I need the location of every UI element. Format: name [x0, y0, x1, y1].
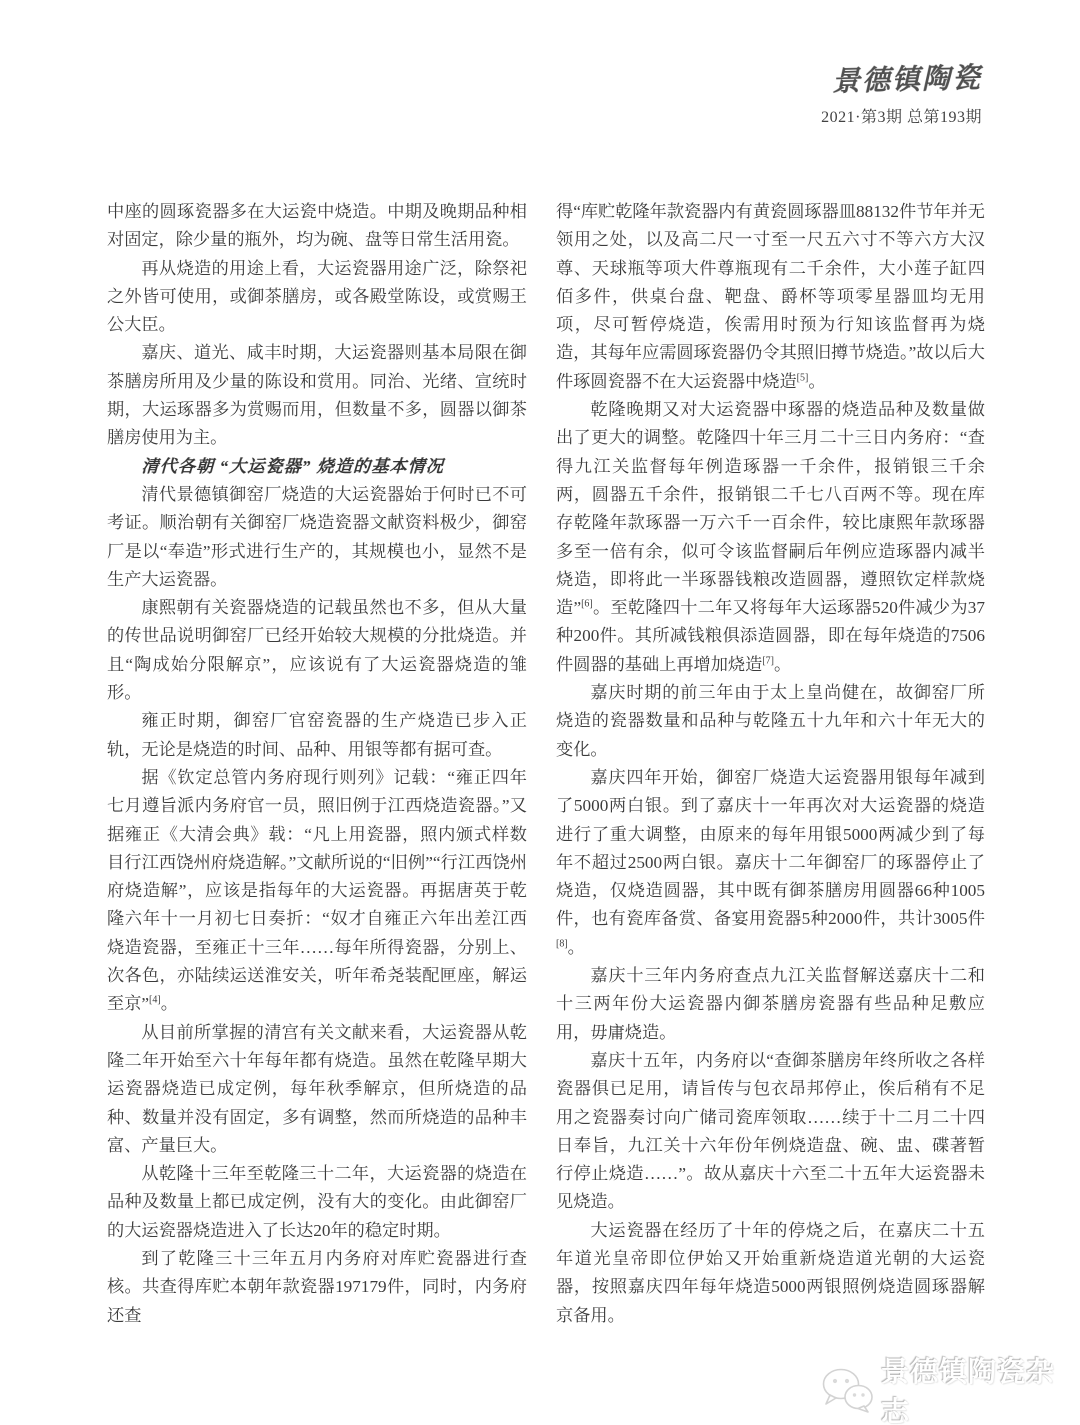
text-run: 据《钦定总管内务府现行则列》记载：“雍正四年七月遵旨派内务府官一员，照旧例于江西…: [107, 768, 527, 1013]
text-run: 。: [808, 372, 825, 391]
text-run: 嘉庆时期的前三年由于太上皇尚健在，故御窑厂所烧造的瓷器数量和品种与乾隆五十九年和…: [556, 683, 985, 759]
text-run: 。: [568, 938, 585, 957]
paragraph: 据《钦定总管内务府现行则列》记载：“雍正四年七月遵旨派内务府官一员，照旧例于江西…: [107, 764, 527, 1019]
journal-logo: 景德镇陶瓷: [821, 56, 983, 100]
issue-info: 2021·第3期 总第193期: [821, 104, 982, 127]
paragraph: 清代景德镇御窑厂烧造的大运瓷器始于何时已不可考证。顺治朝有关御窑厂烧造瓷器文献资…: [107, 481, 527, 594]
left-column: 中座的圆琢瓷器多在大运瓷中烧造。中期及晚期品种相对固定，除少量的瓶外，均为碗、盘…: [107, 198, 527, 1330]
paragraph: 乾隆晚期又对大运瓷器中琢器的烧造品种及数量做出了更大的调整。乾隆四十年三月二十三…: [556, 396, 985, 679]
text-run: 得“库贮乾隆年款瓷器内有黄瓷圆琢器皿88132件节年并无领用之处，以及高二尺一寸…: [556, 202, 985, 391]
text-run: 嘉庆十三年内务府查点九江关监督解送嘉庆十二和十三两年份大运瓷器内御茶膳房瓷器有些…: [556, 966, 985, 1042]
watermark: 景德镇陶瓷杂志: [820, 1350, 1080, 1425]
paragraph: 大运瓷器在经历了十年的停烧之后，在嘉庆二十五年道光皇帝即位伊始又开始重新烧造道光…: [556, 1217, 985, 1330]
text-run: 乾隆晚期又对大运瓷器中琢器的烧造品种及数量做出了更大的调整。乾隆四十年三月二十三…: [556, 400, 985, 617]
text-run: 康熙朝有关瓷器烧造的记载虽然也不多，但从大量的传世品说明御窑厂已经开始较大规模的…: [107, 598, 527, 702]
paragraph: 嘉庆时期的前三年由于太上皇尚健在，故御窑厂所烧造的瓷器数量和品种与乾隆五十九年和…: [556, 679, 985, 764]
footnote-ref: [4]: [149, 995, 161, 1006]
text-run: 。: [774, 655, 791, 674]
paragraph: 嘉庆十五年，内务府以“查御茶膳房年终所收之各样瓷器俱已足用，请旨传与包衣昂邦停止…: [556, 1047, 985, 1217]
paragraph: 雍正时期，御窑厂官窑瓷器的生产烧造已步入正轨，无论是烧造的时间、品种、用银等都有…: [107, 707, 527, 764]
paragraph: 从目前所掌握的清宫有关文献来看，大运瓷器从乾隆二年开始至六十年每年都有烧造。虽然…: [107, 1019, 527, 1160]
footnote-ref: [6]: [581, 598, 593, 609]
footnote-ref: [8]: [556, 938, 568, 949]
paragraph: 到了乾隆三十三年五月内务府对库贮瓷器进行查核。共查得库贮本朝年款瓷器197179…: [107, 1245, 527, 1330]
watermark-text: 景德镇陶瓷杂志: [881, 1350, 1080, 1425]
text-run: 雍正时期，御窑厂官窑瓷器的生产烧造已步入正轨，无论是烧造的时间、品种、用银等都有…: [107, 711, 527, 758]
paragraph: 从乾隆十三年至乾隆三十二年，大运瓷器的烧造在品种及数量上都已成定例，没有大的变化…: [107, 1160, 527, 1245]
paragraph: 嘉庆十三年内务府查点九江关监督解送嘉庆十二和十三两年份大运瓷器内御茶膳房瓷器有些…: [556, 962, 985, 1047]
text-run: 嘉庆、道光、咸丰时期，大运瓷器则基本局限在御茶膳房所用及少量的陈设和赏用。同治、…: [107, 343, 527, 447]
text-run: 到了乾隆三十三年五月内务府对库贮瓷器进行查核。共查得库贮本朝年款瓷器197179…: [107, 1249, 527, 1325]
text-run: 。: [161, 994, 178, 1013]
text-run: 大运瓷器在经历了十年的停烧之后，在嘉庆二十五年道光皇帝即位伊始又开始重新烧造道光…: [556, 1221, 985, 1325]
paragraph: 嘉庆四年开始，御窑厂烧造大运瓷器用银每年减到了5000两白银。到了嘉庆十一年再次…: [556, 764, 985, 962]
article-body: 中座的圆琢瓷器多在大运瓷中烧造。中期及晚期品种相对固定，除少量的瓶外，均为碗、盘…: [107, 198, 985, 1330]
text-run: 嘉庆十五年，内务府以“查御茶膳房年终所收之各样瓷器俱已足用，请旨传与包衣昂邦停止…: [556, 1051, 985, 1211]
text-run: 中座的圆琢瓷器多在大运瓷中烧造。中期及晚期品种相对固定，除少量的瓶外，均为碗、盘…: [107, 202, 527, 249]
section-heading: 清代各朝 “大运瓷器” 烧造的基本情况: [107, 453, 528, 481]
paragraph: 康熙朝有关瓷器烧造的记载虽然也不多，但从大量的传世品说明御窑厂已经开始较大规模的…: [107, 594, 527, 707]
text-run: 清代景德镇御窑厂烧造的大运瓷器始于何时已不可考证。顺治朝有关御窑厂烧造瓷器文献资…: [107, 485, 527, 589]
paragraph: 得“库贮乾隆年款瓷器内有黄瓷圆琢器皿88132件节年并无领用之处，以及高二尺一寸…: [556, 198, 985, 396]
wechat-icon: [820, 1366, 876, 1414]
text-run: 清代各朝 “大运瓷器” 烧造的基本情况: [141, 457, 444, 476]
text-run: 再从烧造的用途上看，大运瓷器用途广泛，除祭祀之外皆可使用，或御茶膳房，或各殿堂陈…: [107, 259, 527, 335]
text-run: 嘉庆四年开始，御窑厂烧造大运瓷器用银每年减到了5000两白银。到了嘉庆十一年再次…: [556, 768, 985, 928]
footnote-ref: [5]: [797, 372, 809, 383]
paragraph: 再从烧造的用途上看，大运瓷器用途广泛，除祭祀之外皆可使用，或御茶膳房，或各殿堂陈…: [107, 255, 527, 340]
text-run: 从目前所掌握的清宫有关文献来看，大运瓷器从乾隆二年开始至六十年每年都有烧造。虽然…: [107, 1023, 527, 1155]
paragraph: 嘉庆、道光、咸丰时期，大运瓷器则基本局限在御茶膳房所用及少量的陈设和赏用。同治、…: [107, 339, 527, 452]
right-column: 得“库贮乾隆年款瓷器内有黄瓷圆琢器皿88132件节年并无领用之处，以及高二尺一寸…: [556, 198, 985, 1330]
masthead: 景德镇陶瓷 2021·第3期 总第193期: [821, 58, 982, 127]
magazine-page: 景德镇陶瓷 2021·第3期 总第193期 中座的圆琢瓷器多在大运瓷中烧造。中期…: [0, 0, 1080, 1425]
footnote-ref: [7]: [762, 655, 774, 666]
paragraph: 中座的圆琢瓷器多在大运瓷中烧造。中期及晚期品种相对固定，除少量的瓶外，均为碗、盘…: [107, 198, 527, 255]
text-run: 从乾隆十三年至乾隆三十二年，大运瓷器的烧造在品种及数量上都已成定例，没有大的变化…: [107, 1164, 527, 1240]
